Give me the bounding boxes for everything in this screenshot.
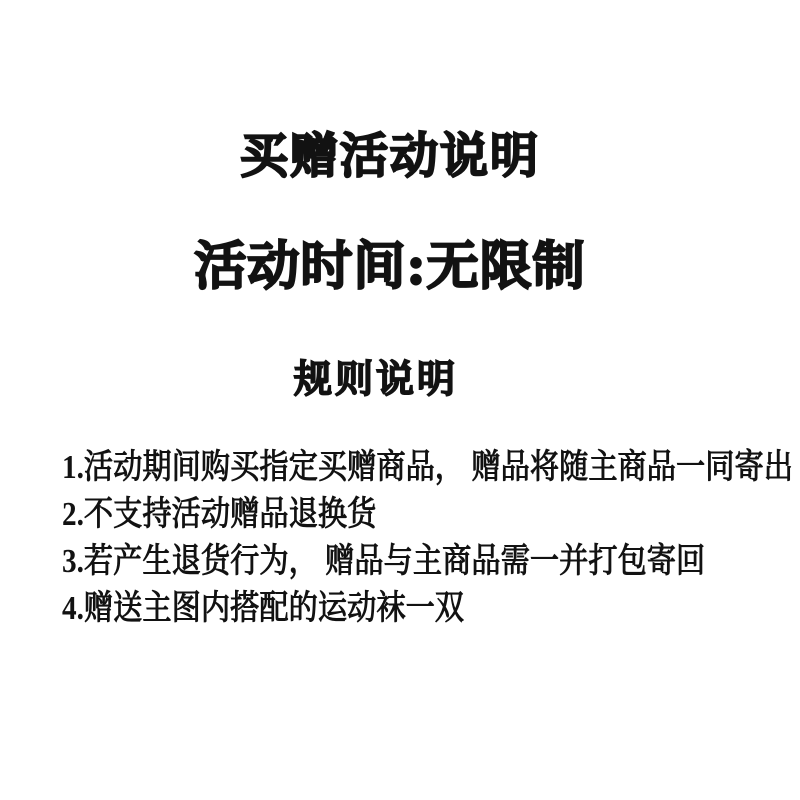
rule-item-2: 2.不支持活动赠品退换货 (62, 491, 793, 538)
rules-list: 1.活动期间购买指定买赠商品， 赠品将随主商品一同寄出 2.不支持活动赠品退换货… (62, 444, 793, 632)
rule-item-1: 1.活动期间购买指定买赠商品， 赠品将随主商品一同寄出 (62, 444, 793, 491)
rules-heading: 规则说明 (0, 358, 752, 400)
activity-time-line: 活动时间:无限制 (0, 238, 780, 295)
promo-poster: 买赠活动说明 活动时间:无限制 规则说明 1.活动期间购买指定买赠商品， 赠品将… (0, 0, 800, 800)
activity-title: 买赠活动说明 (0, 130, 780, 183)
rule-item-4: 4.赠送主图内搭配的运动袜一双 (62, 585, 793, 632)
rule-item-3: 3.若产生退货行为， 赠品与主商品需一并打包寄回 (62, 538, 793, 585)
